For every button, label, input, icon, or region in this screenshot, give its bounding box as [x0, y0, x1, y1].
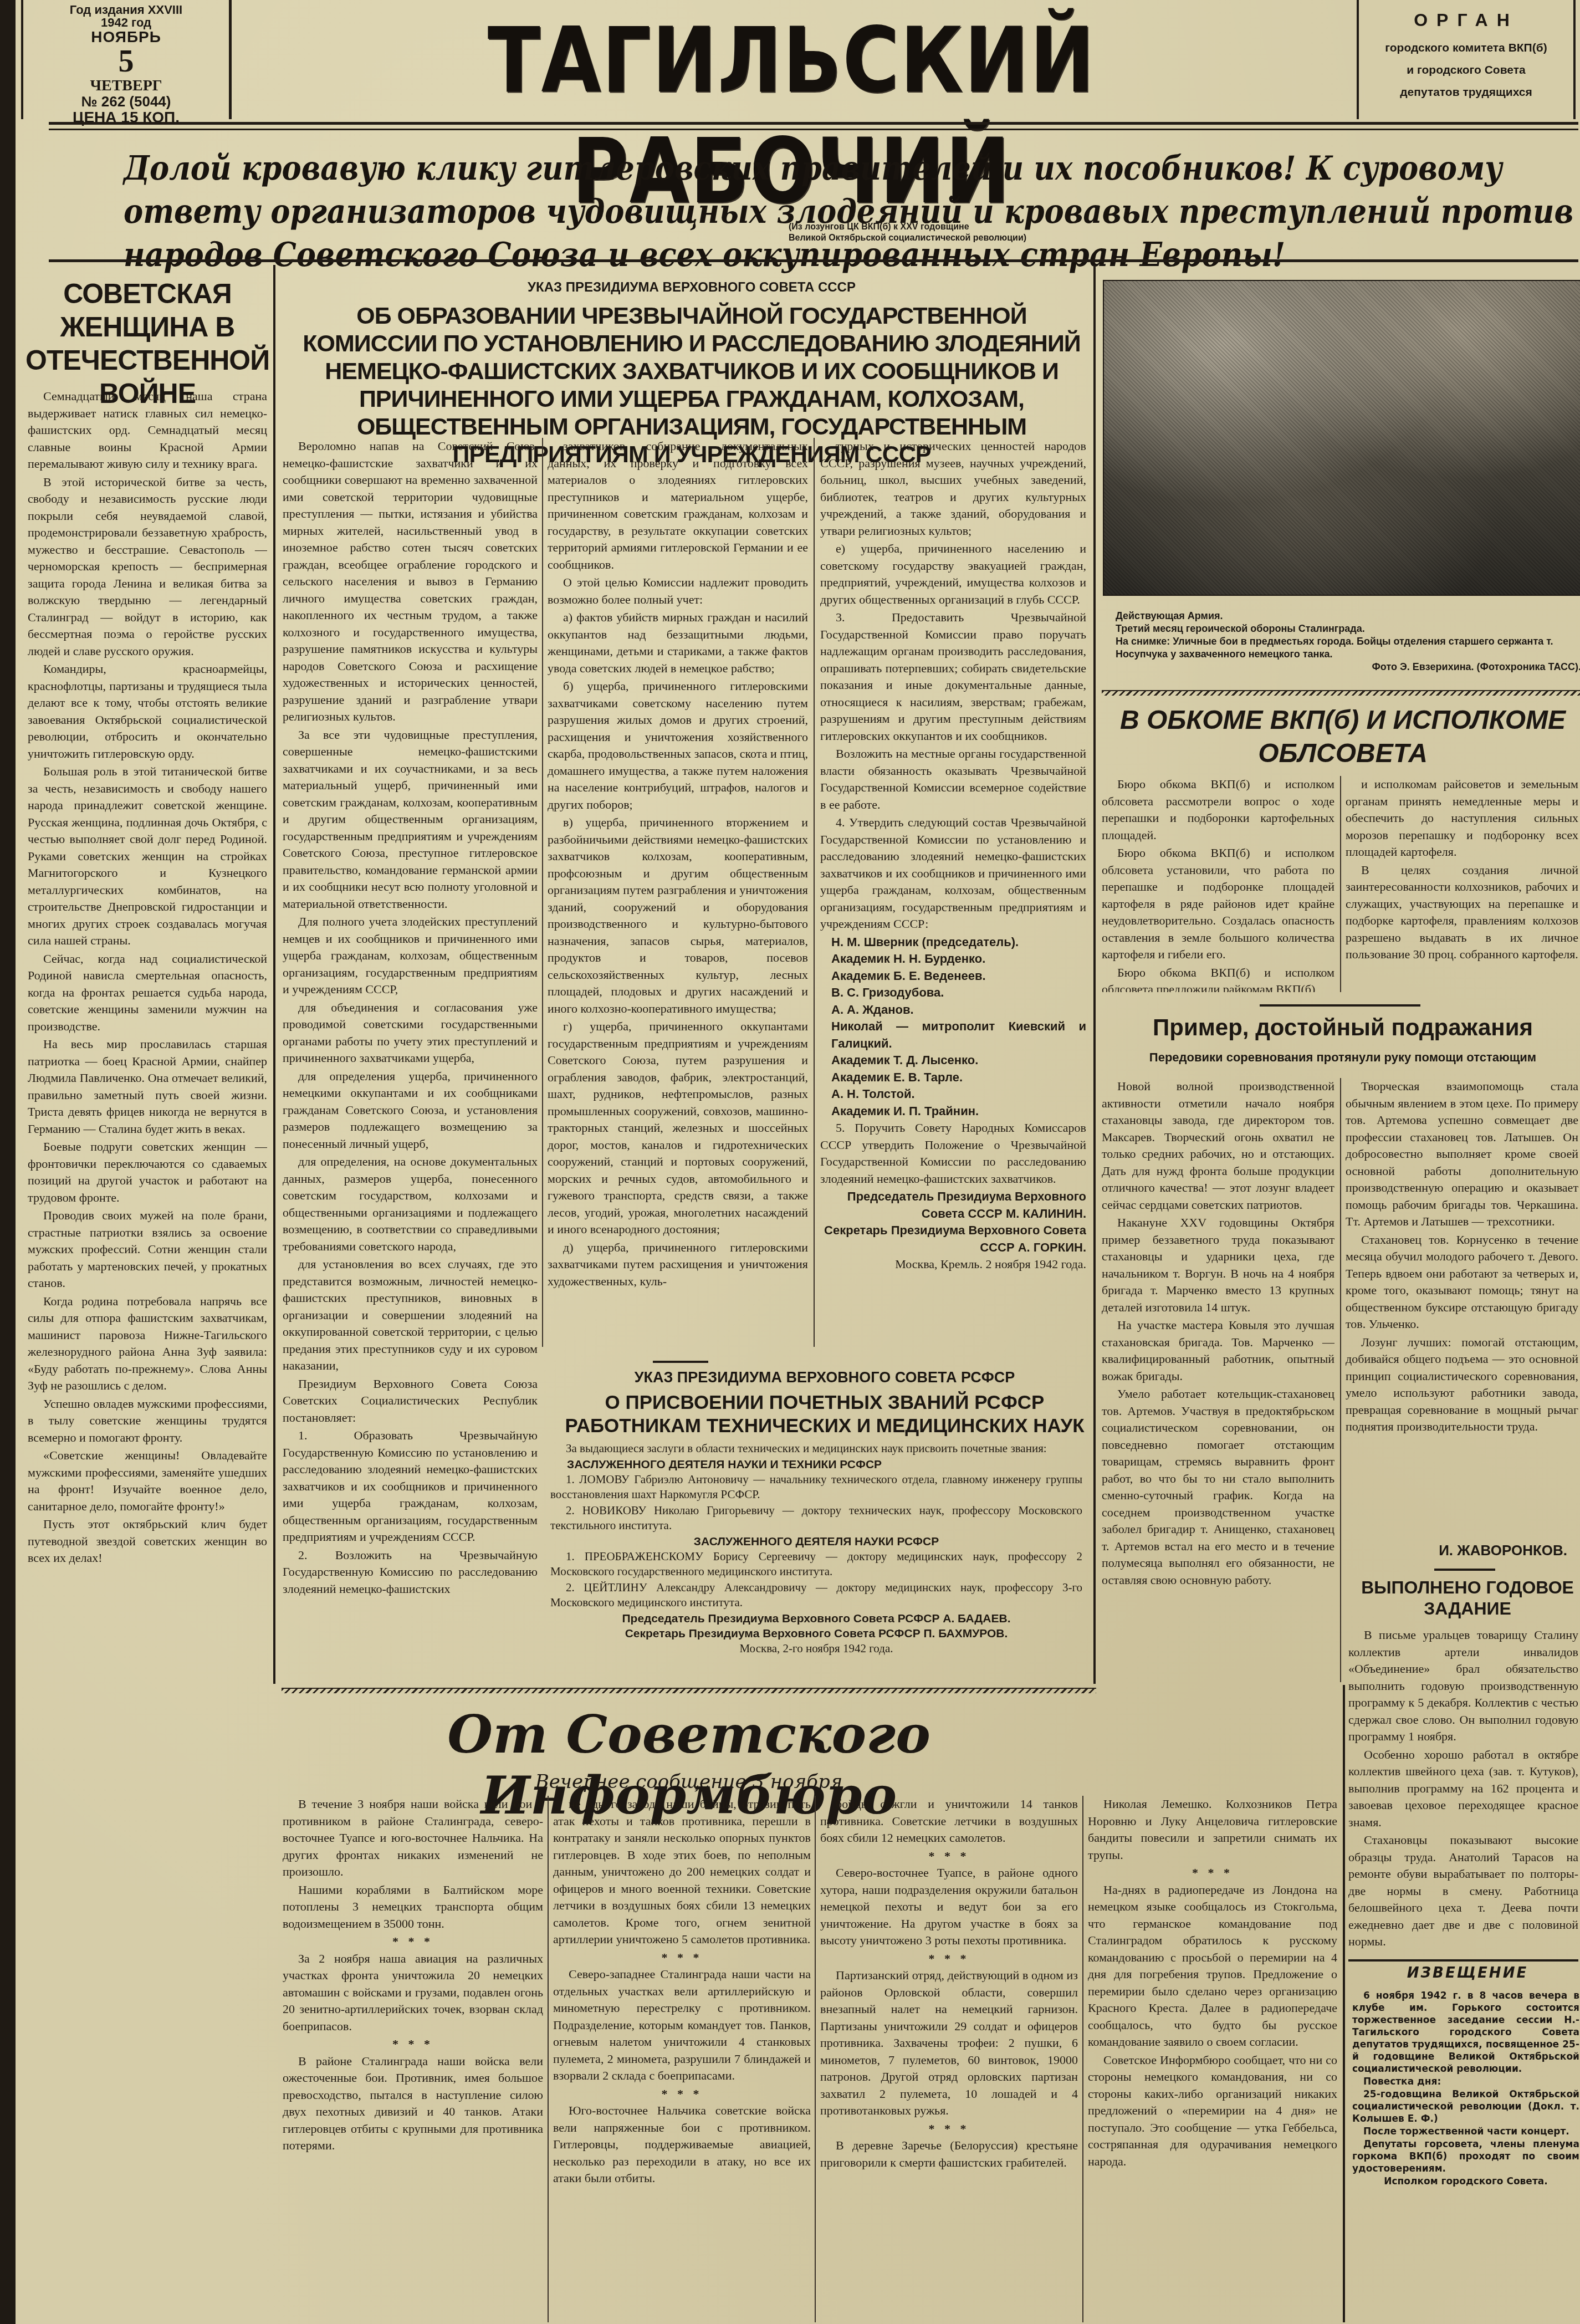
newspaper-page: Год издания XXVIII 1942 год НОЯБРЬ 5 ЧЕТ…: [16, 0, 1580, 2324]
paragraph: Командиры, красноармейцы, краснофлотцы, …: [28, 661, 267, 762]
award-item: 2. НОВИКОВУ Николаю Григорьевичу — докто…: [550, 1503, 1082, 1533]
place-date: Москва, Кремль. 2 ноября 1942 года.: [820, 1256, 1086, 1273]
notice-body: 6 ноября 1942 г. в 8 часов вечера в клуб…: [1352, 1990, 1579, 2188]
separator: * * *: [283, 2036, 543, 2053]
separator: * * *: [1088, 1865, 1337, 1882]
paragraph: Сейчас, когда над социалистической Родин…: [28, 951, 267, 1035]
obkom-headline: В ОБКОМЕ ВКП(б) И ИСПОЛКОМЕ ОБЛСОВЕТА: [1105, 704, 1580, 770]
signature: Председатель Президиума Верховного Совет…: [820, 1188, 1086, 1222]
paragraph: Лозунг лучших: помогай отстающим, добива…: [1346, 1334, 1578, 1436]
section-title: ЗАСЛУЖЕННОГО ДЕЯТЕЛЯ НАУКИ РСФСР: [550, 1534, 1082, 1549]
caption-line: Действующая Армия.: [1116, 610, 1580, 622]
paragraph: «Советские женщины! Овладевайте мужскими…: [28, 1447, 267, 1515]
divider: [49, 259, 1578, 262]
paragraph: О этой целью Комиссии надлежит проводить…: [548, 574, 808, 608]
primer-author: И. ЖАВОРОНКОВ.: [1346, 1542, 1567, 1559]
divider: [1434, 1569, 1495, 1571]
ukaz-rsfsr-body: За выдающиеся заслуги в области техничес…: [550, 1441, 1082, 1679]
award-item: 2. ЦЕЙТЛИНУ Александру Александровичу — …: [550, 1580, 1082, 1610]
ukaz-ussr-col3: турных и исторических ценностей народов …: [820, 438, 1086, 1347]
column-rule: [1340, 1078, 1341, 1682]
column-rule: [273, 265, 275, 1684]
paragraph: Бюро обкома ВКП(б) и исполком облсовета …: [1102, 964, 1334, 993]
obkom-col1: Бюро обкома ВКП(б) и исполком облсовета …: [1102, 776, 1334, 992]
paragraph: В районе Сталинграда наши войска вели ож…: [283, 2053, 543, 2154]
slogan: Долой кровавую клику гитлеровских правит…: [124, 147, 1577, 277]
paragraph: Северо-восточнее Туапсе, в районе одного…: [820, 1865, 1078, 1949]
signature: Секретарь Президиума Верховного Совета Р…: [550, 1626, 1082, 1641]
primer-col1: Новой волной производственной активности…: [1102, 1078, 1334, 1682]
paragraph: На весь мир прославилась старшая патриот…: [28, 1036, 267, 1137]
news-photo-stalingrad-icon: [1103, 280, 1580, 596]
ukaz-ussr-col1: Вероломно напав на Советский Союз, немец…: [283, 438, 538, 1682]
paragraph: 5. Поручить Совету Народных Комиссаров С…: [820, 1120, 1086, 1187]
newspaper-title: ТАГИЛЬСКИЙ РАБОЧИЙ: [315, 6, 1268, 116]
paragraph: В целях создания личной заинтересованнос…: [1346, 862, 1578, 963]
signature: Секретарь Президиума Верховного Совета С…: [820, 1222, 1086, 1256]
paragraph: Бюро обкома ВКП(б) и исполком облсовета …: [1102, 845, 1334, 963]
member: Академик И. П. Трайнин.: [831, 1103, 1086, 1120]
slogan-source: (Из лозунгов ЦК ВКП(б) к XXV годовщине В…: [789, 222, 1026, 244]
editorial-body: Семнадцатый месяц наша страна выдерживае…: [28, 388, 267, 2311]
member: Академик Е. В. Тарле.: [831, 1069, 1086, 1086]
paragraph: Пусть этот октябрьский клич будет путево…: [28, 1516, 267, 1567]
paragraph: Боевые подруги советских женщин — фронто…: [28, 1138, 267, 1206]
issue-number: № 262 (5044): [23, 94, 229, 109]
paragraph: г) ущерба, причиненного оккупантами госу…: [548, 1018, 808, 1238]
member: Н. М. Шверник (председатель).: [831, 934, 1086, 951]
paragraph: 1. Образовать Чрезвычайную Государственн…: [283, 1427, 538, 1546]
organ-line: и городского Совета: [1359, 59, 1573, 81]
column-rule: [542, 438, 543, 1347]
wavy-divider: [1102, 690, 1580, 696]
paragraph: 4. Утвердить следующий состав Чрезвычайн…: [820, 814, 1086, 933]
paragraph: В деревне Заречье (Белоруссия) крестьяне…: [820, 2137, 1078, 2171]
paragraph: Бюро обкома ВКП(б) и исполком облсовета …: [1102, 776, 1334, 844]
paragraph: в) ущерба, причиненного вторжением и раз…: [548, 814, 808, 1017]
month: НОЯБРЬ: [23, 29, 229, 45]
paragraph: В этой исторической битве за честь, своб…: [28, 474, 267, 660]
primer-col2: Творческая взаимопомощь стала обычным яв…: [1346, 1078, 1578, 1505]
agenda-item: 25-годовщина Великой Октябрьской социали…: [1352, 2088, 1579, 2125]
divider: [1260, 1004, 1420, 1007]
year: 1942 год: [23, 16, 229, 29]
paragraph: В течение 3 ноября наши войска вели бои …: [283, 1796, 543, 1881]
paragraph: Советское Информбюро сообщает, что ни со…: [1088, 2052, 1337, 2170]
paragraph: захватчиков собирание документальных дан…: [548, 438, 808, 573]
paragraph: В письме уральцев товарищу Сталину колле…: [1348, 1627, 1578, 1745]
paragraph: Творческая взаимопомощь стала обычным яв…: [1346, 1078, 1578, 1230]
paragraph: Большая роль в этой титанической битве з…: [28, 763, 267, 949]
caption-line: На снимке: Уличные бои в предместьях гор…: [1116, 635, 1580, 661]
organ-label: ОРГАН: [1359, 10, 1573, 30]
commission-members: Н. М. Шверник (председатель). Академик Н…: [820, 934, 1086, 1120]
sovinformburo-col1: В течение 3 ноября наши войска вели бои …: [283, 1796, 543, 2322]
paragraph: Стахановец тов. Корнусенко в течение мес…: [1346, 1232, 1578, 1333]
sovinformburo-col2: не одного завода наши бойцы, отразив пят…: [553, 1796, 811, 2322]
organ-line: городского комитета ВКП(б): [1359, 37, 1573, 59]
paragraph: За выдающиеся заслуги в области техничес…: [550, 1441, 1082, 1456]
paragraph: На-днях в радиопередаче из Лондона на не…: [1088, 1882, 1337, 2051]
paragraph: На участке мастера Ковыля это лучшая ста…: [1102, 1317, 1334, 1385]
paragraph: Для полного учета злодейских преступлени…: [283, 913, 538, 998]
paragraph: для определения ущерба, причиненного нем…: [283, 1068, 538, 1153]
paragraph: Нашими кораблями в Балтийском море потоп…: [283, 1882, 543, 1933]
photo-caption: Действующая Армия. Третий месяц героичес…: [1116, 610, 1580, 673]
wavy-divider: [282, 1688, 1096, 1693]
column-rule: [814, 438, 815, 1347]
paragraph: Когда родина потребовала напрячь все сил…: [28, 1293, 267, 1395]
paragraph: для объединения и согласования уже прово…: [283, 999, 538, 1067]
sovinformburo-col3: бойцы сожгли и уничтожили 14 танков прот…: [820, 1796, 1078, 2322]
column-rule: [1340, 776, 1341, 992]
slogan-source-line: Великой Октябрьской социалистической рев…: [789, 233, 1026, 244]
separator: * * *: [820, 1848, 1078, 1865]
section-title: ЗАСЛУЖЕННОГО ДЕЯТЕЛЯ НАУКИ И ТЕХНИКИ РСФ…: [550, 1457, 1082, 1472]
member: А. А. Жданов.: [831, 1002, 1086, 1019]
agenda-label: Повестка дня:: [1352, 2076, 1579, 2088]
paragraph: е) ущерба, причиненного населению и сове…: [820, 540, 1086, 608]
paragraph: Северо-западнее Сталинграда наши части н…: [553, 1966, 811, 2085]
paragraph: За все эти чудовищные преступления, сове…: [283, 727, 538, 913]
paragraph: д) ущерба, причиненного гитлеровскими за…: [548, 1239, 808, 1290]
paragraph: Президиум Верховного Совета Союза Советс…: [283, 1376, 538, 1427]
place-date: Москва, 2-го ноября 1942 года.: [550, 1641, 1082, 1656]
paragraph: Успешно овладев мужскими профессиями, в …: [28, 1396, 267, 1447]
divider: [653, 1361, 708, 1363]
date-box: Год издания XXVIII 1942 год НОЯБРЬ 5 ЧЕТ…: [21, 0, 232, 119]
vypolneno-headline: ВЫПОЛНЕНО ГОДОВОЕ ЗАДАНИЕ: [1357, 1577, 1578, 1619]
photo-credit: Фото Э. Евзерихина. (Фотохроника ТАСС).: [1116, 661, 1580, 673]
award-item: 1. ЛОМОВУ Габриэлю Антоновичу — начальни…: [550, 1472, 1082, 1502]
ukaz-rsfsr-title: О ПРИСВОЕНИИ ПОЧЕТНЫХ ЗВАНИЙ РСФСР РАБОТ…: [548, 1391, 1102, 1438]
weekday: ЧЕТВЕРГ: [23, 78, 229, 94]
paragraph: 6 ноября 1942 г. в 8 часов вечера в клуб…: [1352, 1990, 1579, 2075]
primer-subheadline: Передовики соревнования протянули руку п…: [1105, 1050, 1580, 1065]
ukaz-rsfsr-kicker: УКАЗ ПРЕЗИДИУМА ВЕРХОВНОГО СОВЕТА РСФСР: [548, 1369, 1102, 1386]
ukaz-ussr-kicker: УКАЗ ПРЕЗИДИУМА ВЕРХОВНОГО СОВЕТА СССР: [287, 280, 1096, 295]
paragraph: не одного завода наши бойцы, отразив пят…: [553, 1796, 811, 1948]
organ-line: депутатов трудящихся: [1359, 81, 1573, 104]
column-rule: [1082, 1796, 1083, 2322]
organ-box: ОРГАН городского комитета ВКП(б) и город…: [1357, 0, 1576, 119]
separator: * * *: [553, 2086, 811, 2103]
vypolneno-body: В письме уральцев товарищу Сталину колле…: [1348, 1627, 1578, 1959]
paragraph: 3. Предоставить Чрезвычайной Государстве…: [820, 609, 1086, 744]
member: Академик Б. Е. Веденеев.: [831, 968, 1086, 985]
paragraph: Юго-восточнее Нальчика советские войска …: [553, 2102, 811, 2187]
separator: * * *: [820, 1950, 1078, 1968]
paragraph: Семнадцатый месяц наша страна выдерживае…: [28, 388, 267, 473]
paragraph: Вероломно напав на Советский Союз, немец…: [283, 438, 538, 726]
notice-headline: ИЗВЕЩЕНИЕ: [1357, 1965, 1578, 1981]
paragraph: Новой волной производственной активности…: [1102, 1078, 1334, 1213]
separator: * * *: [820, 2121, 1078, 2138]
member: Академик Т. Д. Лысенко.: [831, 1052, 1086, 1069]
caption-line: Третий месяц героической обороны Сталинг…: [1116, 622, 1580, 635]
paragraph: и исполкомам райсоветов и земельным орга…: [1346, 776, 1578, 861]
obkom-col2: и исполкомам райсоветов и земельным орга…: [1346, 776, 1578, 992]
paragraph: а) фактов убийств мирных граждан и насил…: [548, 609, 808, 677]
ukaz-ussr-col2: захватчиков собирание документальных дан…: [548, 438, 808, 1347]
signature: Исполком городского Совета.: [1352, 2175, 1579, 2188]
paragraph: После торжественной части концерт.: [1352, 2126, 1579, 2138]
member: А. Н. Толстой.: [831, 1086, 1086, 1103]
paragraph: Возложить на местные органы государствен…: [820, 745, 1086, 813]
paragraph: Проводив своих мужей на поле брани, стра…: [28, 1207, 267, 1292]
day: 5: [23, 45, 229, 78]
primer-headline: Пример, достойный подражания: [1105, 1014, 1580, 1041]
paragraph: За 2 ноября наша авиация на различных уч…: [283, 1950, 543, 2035]
paragraph: Партизанский отряд, действующий в одном …: [820, 1967, 1078, 2119]
paragraph: Стахановцы показывают высокие образцы тр…: [1348, 1832, 1578, 1950]
divider: [49, 129, 1578, 130]
paragraph: турных и исторических ценностей народов …: [820, 438, 1086, 539]
separator: * * *: [553, 1949, 811, 1967]
paragraph: б) ущерба, причиненного гитлеровскими за…: [548, 678, 808, 813]
column-rule: [1093, 265, 1096, 1684]
paragraph: Умело работает котельщик-стахановец тов.…: [1102, 1386, 1334, 1589]
column-rule: [1343, 1685, 1345, 2322]
divider: [1348, 1959, 1578, 1962]
column-rule: [815, 1796, 816, 2322]
member: В. С. Гризодубова.: [831, 984, 1086, 1002]
signature: Председатель Президиума Верховного Совет…: [550, 1611, 1082, 1626]
paragraph: Накануне XXV годовщины Октября пример бе…: [1102, 1214, 1334, 1316]
award-item: 1. ПРЕОБРАЖЕНСКОМУ Борису Сергеевичу — д…: [550, 1549, 1082, 1579]
paragraph: Депутаты горсовета, члены пленума горком…: [1352, 2138, 1579, 2175]
paragraph: Николая Лемешко. Колхозников Петра Норов…: [1088, 1796, 1337, 1863]
member: Николай — митрополит Киевский и Галицкий…: [831, 1018, 1086, 1052]
paragraph: для определения, на основе документальны…: [283, 1153, 538, 1255]
member: Академик Н. Н. Бурденко.: [831, 951, 1086, 968]
paragraph: 2. Возложить на Чрезвычайную Государстве…: [283, 1547, 538, 1598]
separator: * * *: [283, 1933, 543, 1950]
paragraph: для установления во всех случаях, где эт…: [283, 1256, 538, 1375]
divider: [49, 122, 1578, 125]
sovinformburo-col4: Николая Лемешко. Колхозников Петра Норов…: [1088, 1796, 1337, 2322]
paragraph: бойцы сожгли и уничтожили 14 танков прот…: [820, 1796, 1078, 1847]
year-label: Год издания XXVIII: [23, 3, 229, 16]
paragraph: Особенно хорошо работал в октябре коллек…: [1348, 1746, 1578, 1831]
slogan-source-line: (Из лозунгов ЦК ВКП(б) к XXV годовщине: [789, 222, 1026, 233]
column-rule: [548, 1796, 549, 2322]
sovinformburo-subheadline: Вечернее сообщение 3 ноября: [282, 1771, 1096, 1793]
